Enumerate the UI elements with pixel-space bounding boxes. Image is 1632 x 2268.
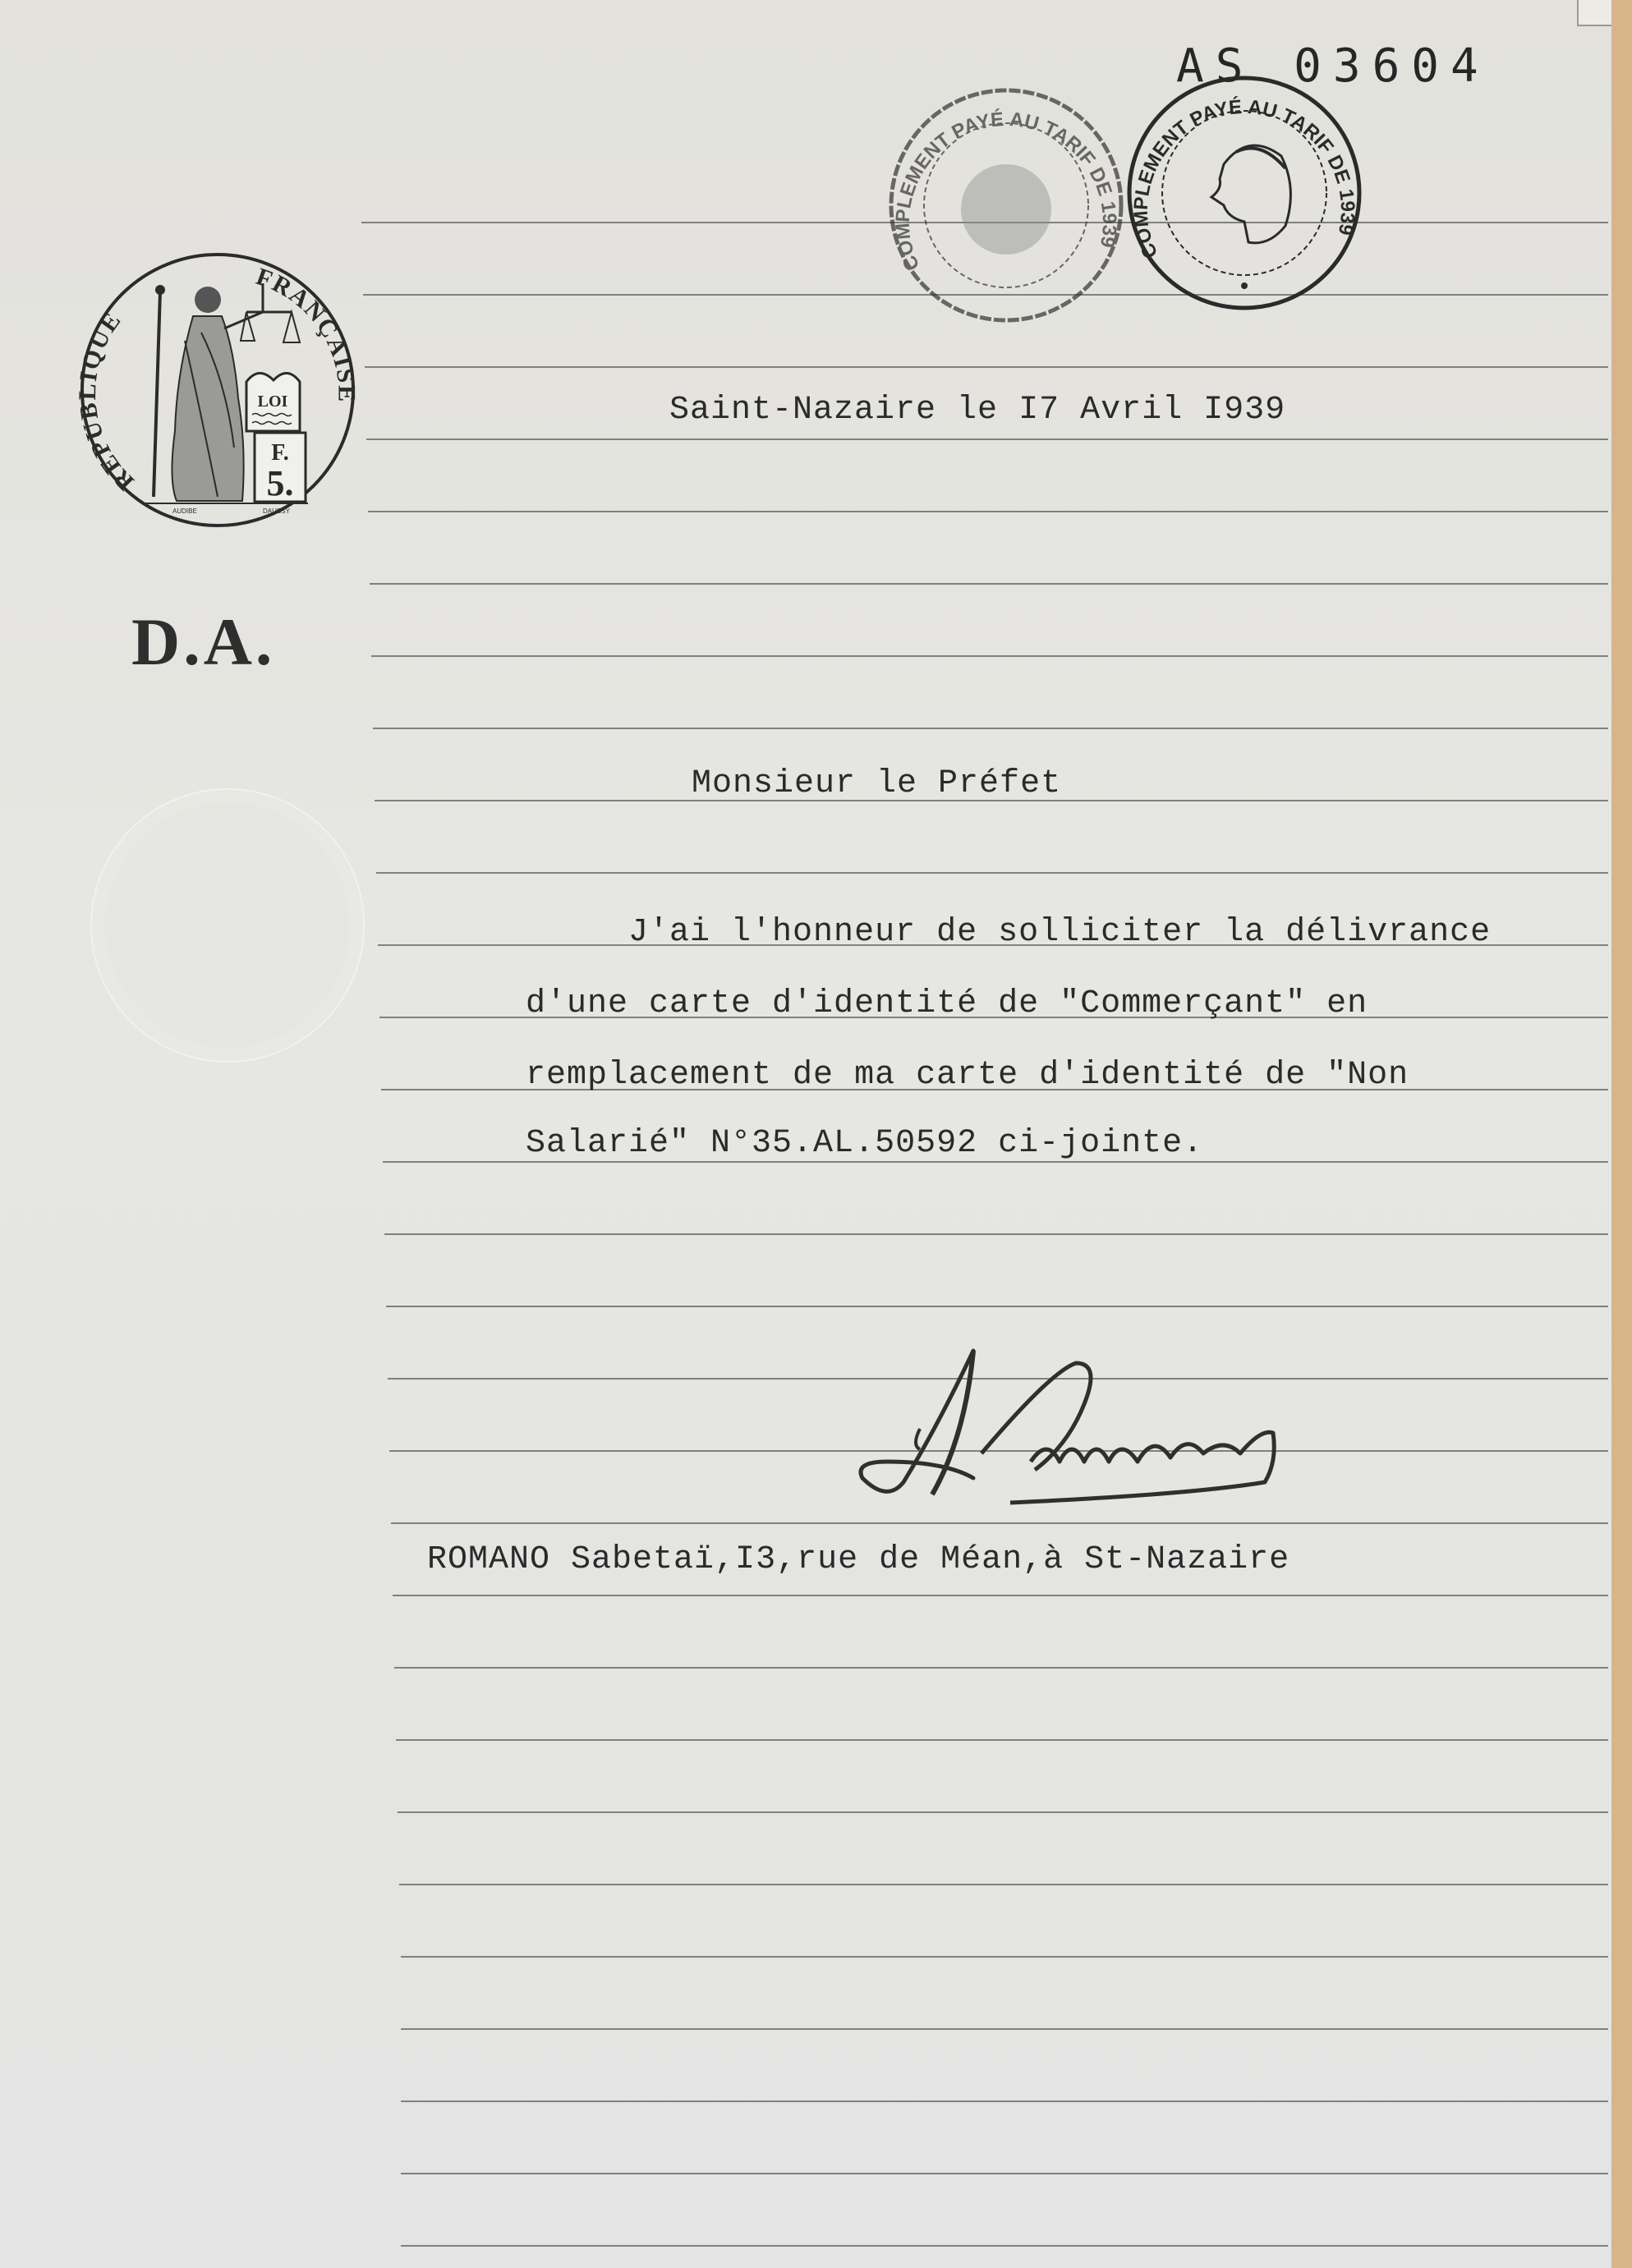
document-page: REPUBLIQUE FRANÇAISE LOI F. 5. AUDIBE DA… (0, 0, 1611, 2268)
ruled-line (401, 2245, 1608, 2247)
ruled-line (386, 1306, 1608, 1307)
svg-text:DAUSSY: DAUSSY (263, 507, 291, 515)
salutation: Monsieur le Préfet (692, 765, 1061, 802)
ruled-line (370, 583, 1608, 585)
body-line-2: d'une carte d'identité de "Commerçant" e… (526, 985, 1368, 1022)
cancellation-stamp-faded-icon: COMPLEMENT PAYÉ AU TARIF DE 1939 (887, 86, 1125, 324)
ruled-line (391, 1522, 1608, 1524)
ruled-line (394, 1667, 1608, 1669)
margin-mark: D.A. (131, 604, 275, 681)
body-line-4: Salarié" N°35.AL.50592 ci-jointe. (526, 1125, 1203, 1162)
body-line-1: J'ai l'honneur de solliciter la délivran… (526, 914, 1491, 951)
ruled-line (401, 2100, 1608, 2102)
corner-fold (1577, 0, 1611, 26)
svg-text:REPUBLIQUE: REPUBLIQUE (78, 306, 140, 495)
fiscal-stamp-icon: REPUBLIQUE FRANÇAISE LOI F. 5. AUDIBE DA… (78, 250, 357, 530)
ruled-line (393, 1595, 1608, 1596)
embossed-dry-seal (90, 788, 365, 1063)
handwritten-signature (838, 1338, 1347, 1511)
svg-text:AUDIBE: AUDIBE (172, 507, 197, 515)
ruled-line (371, 655, 1608, 657)
ruled-line (399, 1884, 1608, 1885)
body-line-3: remplacement de ma carte d'identité de "… (526, 1057, 1409, 1094)
ruled-line (401, 1956, 1608, 1958)
ruled-line (373, 728, 1608, 729)
ruled-line (366, 438, 1608, 440)
place-date: Saint-Nazaire le I7 Avril I939 (669, 392, 1285, 429)
svg-text:LOI: LOI (258, 393, 288, 411)
ruled-line (368, 511, 1608, 512)
ruled-line (398, 1811, 1608, 1813)
ruled-line (396, 1739, 1608, 1741)
svg-text:F.: F. (271, 440, 289, 466)
ruled-line (401, 2173, 1608, 2174)
ruled-line (365, 366, 1608, 368)
svg-text:5.: 5. (267, 463, 294, 503)
ruled-line (384, 1233, 1608, 1235)
ruled-line (401, 2028, 1608, 2030)
cancellation-stamp-icon: COMPLEMENT PAYÉ AU TARIF DE 1939 (1125, 74, 1363, 312)
sender-line: ROMANO Sabetaï,I3,rue de Méan,à St-Nazai… (427, 1541, 1290, 1578)
ruled-line (376, 872, 1608, 874)
